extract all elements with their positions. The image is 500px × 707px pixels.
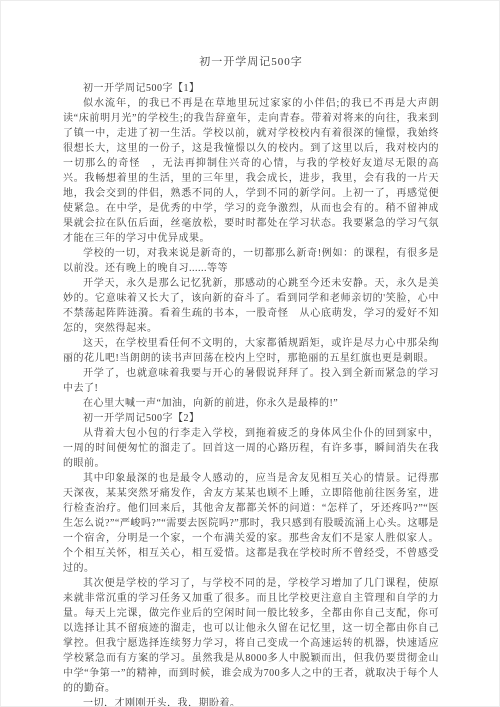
- paragraph: 一切，才刚刚开头，我，期盼着。: [63, 696, 439, 707]
- section-2-heading: 初一开学周记500字【2】: [63, 411, 439, 426]
- page-title: 初一开学周记500字: [63, 55, 439, 70]
- paragraph: 在心里大喊一声“加油，向新的前进，你永久是最棒的!”: [63, 396, 439, 411]
- paragraph: 其中印象最深的也是最令人感动的，应当是舍友见相互关心的情景。记得那天深夜，某某突…: [63, 471, 439, 576]
- paragraph: 这天，在学校里看任何不文明的，大家都循规蹈矩，或许是尽力心中那朵绚丽的花儿吧!当…: [63, 336, 439, 366]
- paragraph: 学校的一切，对我来说是新奇的，一切都那么新奇!例如：的课程，有很多是以前没。还有…: [63, 246, 439, 276]
- paragraph: 开学了，也就意味着我要与开心的暑假说拜拜了。投入到全新而紧急的学习中去了!: [63, 366, 439, 396]
- paragraph: 从背着大包小包的行李走入学校，到拖着疲乏的身体风尘仆仆的回到家中，一周的时间便匆…: [63, 426, 439, 471]
- paragraph: 其次便是学校的学习了，与学校不同的是，学校学习增加了几门课程，使原来就非常沉重的…: [63, 576, 439, 696]
- paragraph: 开学天，永久是那么记忆犹新，那感动的心跳至今还未安静。天，永久是美妙的。它意味着…: [63, 276, 439, 336]
- section-1-heading: 初一开学周记500字【1】: [63, 81, 439, 96]
- document-page: 初一开学周记500字 初一开学周记500字【1】 似水流年，的我已不再是在草地里…: [0, 0, 500, 707]
- paragraph: 似水流年，的我已不再是在草地里玩过家家的小伴侣;的我已不再是大声朗读“床前明月光…: [63, 96, 439, 246]
